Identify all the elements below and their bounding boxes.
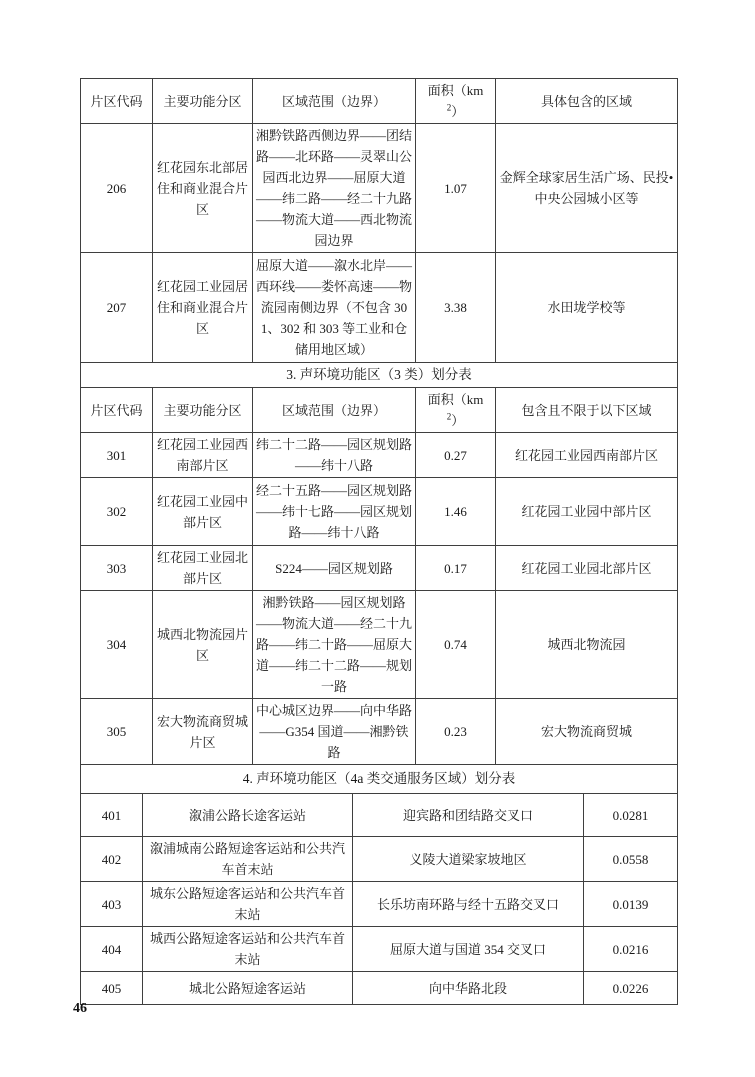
cell-includes: 水田垅学校等	[496, 253, 678, 363]
cell-area: 0.0139	[584, 882, 678, 927]
cell-function: 城西北物流园片区	[153, 591, 253, 699]
cell-code: 405	[81, 972, 143, 1005]
cell-area: 0.17	[416, 546, 496, 591]
cell-area: 1.46	[416, 478, 496, 546]
cell-location: 迎宾路和团结路交叉口	[353, 794, 584, 837]
cell-area: 0.23	[416, 699, 496, 765]
cell-area: 0.74	[416, 591, 496, 699]
table-row-207: 207 红花园工业园居住和商业混合片区 屈原大道——溆水北岸——西环线——娄怀高…	[81, 253, 678, 363]
cell-boundary: 中心城区边界——向中华路——G354 国道——湘黔铁路	[253, 699, 416, 765]
cell-code: 206	[81, 124, 153, 253]
cell-includes: 城西北物流园	[496, 591, 678, 699]
cell-boundary: 纬二十二路——园区规划路——纬十八路	[253, 433, 416, 478]
cell-location: 义陵大道梁家坡地区	[353, 837, 584, 882]
cell-function: 宏大物流商贸城片区	[153, 699, 253, 765]
cell-area: 0.0281	[584, 794, 678, 837]
table-row-402: 402 溆浦城南公路短途客运站和公共汽车首末站 义陵大道梁家坡地区 0.0558	[81, 837, 678, 882]
header-function: 主要功能分区	[153, 79, 253, 124]
table-row-303: 303 红花园工业园北部片区 S224——园区规划路 0.17 红花园工业园北部…	[81, 546, 678, 591]
cell-boundary: S224——园区规划路	[253, 546, 416, 591]
cell-function: 红花园东北部居住和商业混合片区	[153, 124, 253, 253]
page-number: 46	[73, 1001, 87, 1017]
header-area: 面积（km2）	[416, 388, 496, 433]
table-row-404: 404 城西公路短途客运站和公共汽车首末站 屈原大道与国道 354 交叉口 0.…	[81, 927, 678, 972]
header-includes: 具体包含的区域	[496, 79, 678, 124]
table-row-206: 206 红花园东北部居住和商业混合片区 湘黔铁路西侧边界——团结路——北环路——…	[81, 124, 678, 253]
cell-function: 红花园工业园居住和商业混合片区	[153, 253, 253, 363]
cell-area: 0.27	[416, 433, 496, 478]
cell-includes: 金辉全球家居生活广场、民投•中央公园城小区等	[496, 124, 678, 253]
cell-boundary: 经二十五路——园区规划路——纬十七路——园区规划路——纬十八路	[253, 478, 416, 546]
cell-code: 207	[81, 253, 153, 363]
cell-includes: 宏大物流商贸城	[496, 699, 678, 765]
cell-station-name: 城东公路短途客运站和公共汽车首末站	[143, 882, 353, 927]
table2-header-row: 片区代码 主要功能分区 区域范围（边界） 面积（km2） 具体包含的区域	[81, 79, 678, 124]
cell-code: 302	[81, 478, 153, 546]
cell-station-name: 城西公路短途客运站和公共汽车首末站	[143, 927, 353, 972]
cell-boundary: 屈原大道——溆水北岸——西环线——娄怀高速——物流园南侧边界（不包含 301、3…	[253, 253, 416, 363]
table-row-405: 405 城北公路短途客运站 向中华路北段 0.0226	[81, 972, 678, 1005]
cell-includes: 红花园工业园西南部片区	[496, 433, 678, 478]
header-area: 面积（km2）	[416, 79, 496, 124]
table3-title-row: 3. 声环境功能区（3 类）划分表	[81, 363, 678, 388]
cell-function: 红花园工业园西南部片区	[153, 433, 253, 478]
header-boundary: 区域范围（边界）	[253, 79, 416, 124]
document-page: 片区代码 主要功能分区 区域范围（边界） 面积（km2） 具体包含的区域 206…	[0, 0, 755, 1077]
cell-area: 0.0216	[584, 927, 678, 972]
cell-location: 向中华路北段	[353, 972, 584, 1005]
cell-code: 403	[81, 882, 143, 927]
cell-area: 3.38	[416, 253, 496, 363]
table4a-title: 4. 声环境功能区（4a 类交通服务区域）划分表	[81, 765, 678, 794]
header-includes: 包含且不限于以下区域	[496, 388, 678, 433]
cell-station-name: 城北公路短途客运站	[143, 972, 353, 1005]
table4a-title-row: 4. 声环境功能区（4a 类交通服务区域）划分表	[81, 765, 678, 794]
cell-includes: 红花园工业园中部片区	[496, 478, 678, 546]
cell-boundary: 湘黔铁路——园区规划路——物流大道——经二十九路——纬二十路——屈原大道——纬二…	[253, 591, 416, 699]
table3-title: 3. 声环境功能区（3 类）划分表	[81, 363, 678, 388]
header-boundary: 区域范围（边界）	[253, 388, 416, 433]
cell-code: 404	[81, 927, 143, 972]
header-code: 片区代码	[81, 388, 153, 433]
table-row-403: 403 城东公路短途客运站和公共汽车首末站 长乐坊南环路与经十五路交叉口 0.0…	[81, 882, 678, 927]
cell-code: 304	[81, 591, 153, 699]
cell-function: 红花园工业园北部片区	[153, 546, 253, 591]
cell-code: 401	[81, 794, 143, 837]
cell-code: 301	[81, 433, 153, 478]
header-code: 片区代码	[81, 79, 153, 124]
cell-area: 0.0558	[584, 837, 678, 882]
cell-code: 402	[81, 837, 143, 882]
table-row-301: 301 红花园工业园西南部片区 纬二十二路——园区规划路——纬十八路 0.27 …	[81, 433, 678, 478]
zone-table-4a: 401 溆浦公路长途客运站 迎宾路和团结路交叉口 0.0281 402 溆浦城南…	[80, 793, 678, 1005]
cell-location: 长乐坊南环路与经十五路交叉口	[353, 882, 584, 927]
table-row-304: 304 城西北物流园片区 湘黔铁路——园区规划路——物流大道——经二十九路——纬…	[81, 591, 678, 699]
table-row-305: 305 宏大物流商贸城片区 中心城区边界——向中华路——G354 国道——湘黔铁…	[81, 699, 678, 765]
cell-area: 0.0226	[584, 972, 678, 1005]
table-row-302: 302 红花园工业园中部片区 经二十五路——园区规划路——纬十七路——园区规划路…	[81, 478, 678, 546]
cell-code: 303	[81, 546, 153, 591]
cell-location: 屈原大道与国道 354 交叉口	[353, 927, 584, 972]
zone-table-main: 片区代码 主要功能分区 区域范围（边界） 面积（km2） 具体包含的区域 206…	[80, 78, 678, 794]
table3-header-row: 片区代码 主要功能分区 区域范围（边界） 面积（km2） 包含且不限于以下区域	[81, 388, 678, 433]
zoning-tables: 片区代码 主要功能分区 区域范围（边界） 面积（km2） 具体包含的区域 206…	[80, 78, 677, 1005]
cell-boundary: 湘黔铁路西侧边界——团结路——北环路——灵翠山公园西北边界——屈原大道——纬二路…	[253, 124, 416, 253]
cell-area: 1.07	[416, 124, 496, 253]
header-function: 主要功能分区	[153, 388, 253, 433]
cell-station-name: 溆浦城南公路短途客运站和公共汽车首末站	[143, 837, 353, 882]
cell-code: 305	[81, 699, 153, 765]
cell-includes: 红花园工业园北部片区	[496, 546, 678, 591]
table-row-401: 401 溆浦公路长途客运站 迎宾路和团结路交叉口 0.0281	[81, 794, 678, 837]
cell-function: 红花园工业园中部片区	[153, 478, 253, 546]
cell-station-name: 溆浦公路长途客运站	[143, 794, 353, 837]
